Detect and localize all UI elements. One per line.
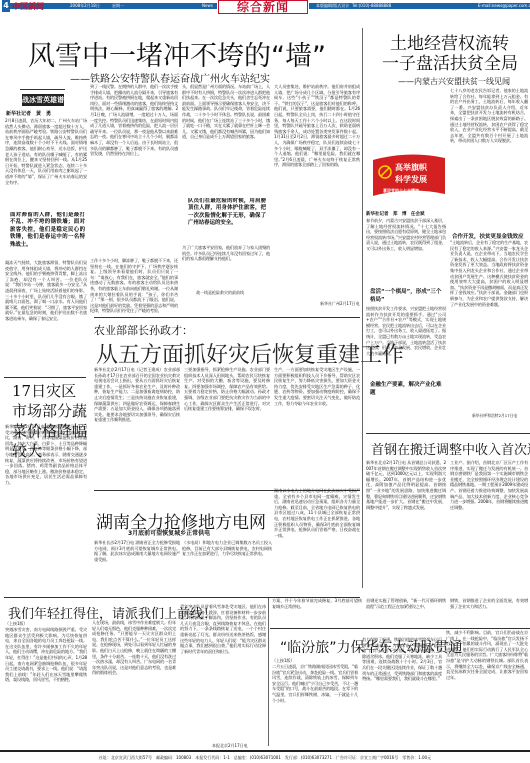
hunan-body-col3: 湖南以水电为主的地方电网在此次冰灾中受损严重，全省有多个县市电网一度瘫痪。灾情发… (274, 488, 360, 588)
lead-body-col1: 2月8日凌晨，农历大年初二，广州火车站广场依然人头攒动。滞留旅客一度超过数十万人… (5, 118, 87, 208)
linfen-pre-col3: 钢铁，首钢推进了企业的全面发展，有效增强了企业实力和活力。 (450, 598, 528, 626)
paper-logo: 中国新闻 (12, 0, 44, 12)
linfen-body-col1: 二月五日凌晨，京广铁路湖南段因冰雪受阻，“临汾旅”官兵紧急出动，奔赴抢险一线。官… (272, 664, 358, 750)
shougang-body-col2: 工业产。据介绍，首钢北京厂区压产工作有序推进，实现了搬迁与发展的有机统一。首钢京… (450, 460, 528, 588)
lead-body-col3b: 为了广大旅客平安回家，他们放弃了与家人团聚的机会。许多队员已经连续几年没有回家过… (182, 245, 270, 285)
masthead: 4 中国新闻 2008年2月18日 星期一 News 综合新闻 本版编辑/版式设… (0, 0, 530, 12)
hunan-body-col3b: 方案，并于今年春节前完成修复。3月底前可望恢复城乡正常供电。 (272, 598, 362, 626)
footer-info: 社址：北京宣武门西大街57号 邮政编码：100803 本报发行代码：1-1 总编… (0, 752, 530, 763)
issue-date: 2008年2月18日 (70, 2, 100, 9)
tel-line: Tel:(010)-88888888 (352, 2, 391, 9)
column-divider (362, 28, 363, 588)
column-divider (268, 598, 269, 746)
shougang-headline: 首钢在搬迁调整中收入首次过千亿 (371, 439, 530, 458)
section-divider (4, 377, 86, 378)
agri-kicker: 农业部部长孙政才： (94, 322, 193, 338)
lead-headline: 风雪中一堵冲不垮的“墙” (28, 34, 326, 73)
email-line: E-mail:news@paper.com.cn (478, 2, 530, 9)
agri-body-col3: 生产，一方面要加快恢复受灾地区生产设施，一方面要积极组织科技人员下乡指导，帮助灾… (274, 367, 360, 487)
badge-line1: 高举旗帜 (395, 162, 427, 173)
lead-body-col3: 头，很显然是广州方面的情况。车站前广场上，人群中不时有人挤倒，特警队员一次次冲进… (182, 84, 270, 194)
hunan-subheadline: 3月底前可望恢复城乡正常供电 (128, 528, 210, 537)
badge-line2: 科学发展 (395, 174, 427, 185)
party-banner-badge: 高举旗帜 科学发展 喜迎党的十七大精神 (369, 150, 449, 202)
section-divider (270, 628, 530, 629)
section-title: 综合新闻 (218, 0, 308, 14)
linfen-body-col3: 铁，减少不利影响。目前，官兵们仍奋战在京广线上。在一线抢险中，“临汾旅”官兵发扬… (446, 630, 528, 750)
right-subhead-2: 合作开发，扶贫更显金钱效应 (452, 232, 526, 240)
lead-body-col1b: 凝冻天气持续，大批旅客滞留，特警队员们昼夜值守，用身体组成人墙，将冲动的人群挡在… (5, 260, 87, 375)
right-subheadline: ——内蒙古兴安盟扶贫一线见闻 (398, 76, 510, 87)
right-subhead-1: 盘活“一个棋局”，形成“三个格局” (370, 288, 442, 304)
right-subhead-3: 金融生产要素，解决产业化难题 (370, 380, 442, 396)
lead-pull-quote: 面对滞留的人群，他们是最打不乱、冲不垮的钢铁墙；面对旅客失控，他们是稳定民心的铁… (10, 212, 85, 257)
right-dateline: 新华社呼和浩特2月17日电 (472, 413, 517, 419)
lead-closing: 战一线是抢险救灾的最前线 (196, 290, 244, 296)
lead-body-col2: 到了一线民警。在拥挤的人群中，他们一次次手挽手排成人墙，把躁动的人流分隔开来，引… (90, 84, 178, 254)
divider (20, 89, 65, 90)
right-byline: 新华社记者 郑 博 任会斌 (366, 211, 425, 217)
hunan-body-col1: 新华社长沙2月17日电 湖南省正全力抢修受损地方电网，预计3月底前可望恢复城乡正… (94, 540, 180, 590)
right-body-col1b: 按照扶贫开发工作要求，兴安盟把土地经营权流转作为扶贫开发的重要抓手。通过“公司+… (366, 306, 446, 438)
lead-dateline: 新华社广州2月17日电 (320, 301, 360, 307)
shougang-body-col1: 新华社北京2月17日电 从首钢总公司获悉，2007年首钢在搬迁调整中实现销售收入… (366, 460, 446, 588)
section-divider (366, 433, 530, 434)
badge-line3: 喜迎党的十七大精神 (383, 188, 419, 194)
lead-mid-quote: 队员们在最危险的时候，用肩膀顶住人群，用身体护住旅客，把一次次险情化解于无形，确… (188, 198, 266, 242)
right-body-col2: 七十八岁的老农民告诉记者，他家的土地流转给了合作社，每年能拿到上万元租金。有的农… (450, 88, 528, 230)
linfen-pre-col2: 首钢还实施了管理创新，“新一代可循环钢铁流程”示范工程正在加紧建设之中。 (366, 598, 446, 626)
linfen-body-col2: 有力保障了畅通。铁路沿线的冰雪给列车运行带来严重威胁。为确保京广线畅通，“临汾旅… (362, 637, 442, 750)
market-body: 新华社北京2月17日电 商务部监测显示，17日受灾地区部分蔬菜价格降幅较大。与前… (5, 424, 87, 584)
series-label: 战冰雪英雄谱 (22, 94, 64, 106)
news-label: News (202, 2, 213, 9)
page-number: 4 (2, 0, 10, 12)
right-body-col1: 春节前夕，内蒙古兴安盟扶贫干部深入基层，了解土地经营权流转情况。“十七大报告指出… (366, 218, 446, 286)
youth-dateline: 本报北京2月17日电 (212, 743, 248, 749)
agri-headline: 从五方面抓好灾后恢复重建工作 (96, 338, 404, 369)
agri-body-col1: 新华社北京2月17日电（记者王建成）农业部部长孙政才17日在农业部召开的全国农业… (94, 367, 180, 487)
section-divider (94, 317, 360, 318)
right-headline-2: 一子盘活扶贫全局 (382, 54, 518, 74)
lead-subheadline: ——铁路公安特警队春运奋战广州火车站纪实 (70, 70, 270, 85)
lead-body-col4: 大人员密集处，维护站前秩序。他们肩并肩组成人墙，把广场分成几个区域，分批引导旅客… (274, 84, 360, 314)
hunan-body-col2: （水电局）和地方电力企业已调集数万名员工投入抢修，目前已有大部分县城恢复供电，农… (182, 540, 272, 590)
right-body-col2b: “土地流转后，企业有了稳定的生产基地，农民有了稳定的收入来源。”兴安盟一家龙头企… (450, 240, 528, 410)
issue-weekday: 星期一 (112, 2, 124, 9)
editor-line: 本版编辑/版式设计 (316, 2, 349, 9)
right-headline-1: 土地经营权流转 (390, 34, 509, 54)
lead-byline: 新华社记者 黄 勇 (6, 110, 51, 117)
youth-body-col1: 突遇冰雪灾害，南方电网线路损毁严重。受灾地区群众生活受到极大影响。为尽快恢复供电… (5, 627, 87, 747)
youth-body-col3: 青年突击队员冒着风雪奔赴受灾地区。他们在冰雪覆盖的山路上跋涉，扛着设备和材料一步… (180, 604, 266, 744)
agri-body-col2: 三要加强指导，抓紧抢修生产设施。农业部门要组织技术人员深入田间地头，帮助农民尽快… (184, 367, 270, 487)
youth-body-col2: 人在现场，最前线，冰雪中作业难度极大。但年轻人们毫无惧色，他们克服种种困难，一次… (92, 620, 176, 746)
